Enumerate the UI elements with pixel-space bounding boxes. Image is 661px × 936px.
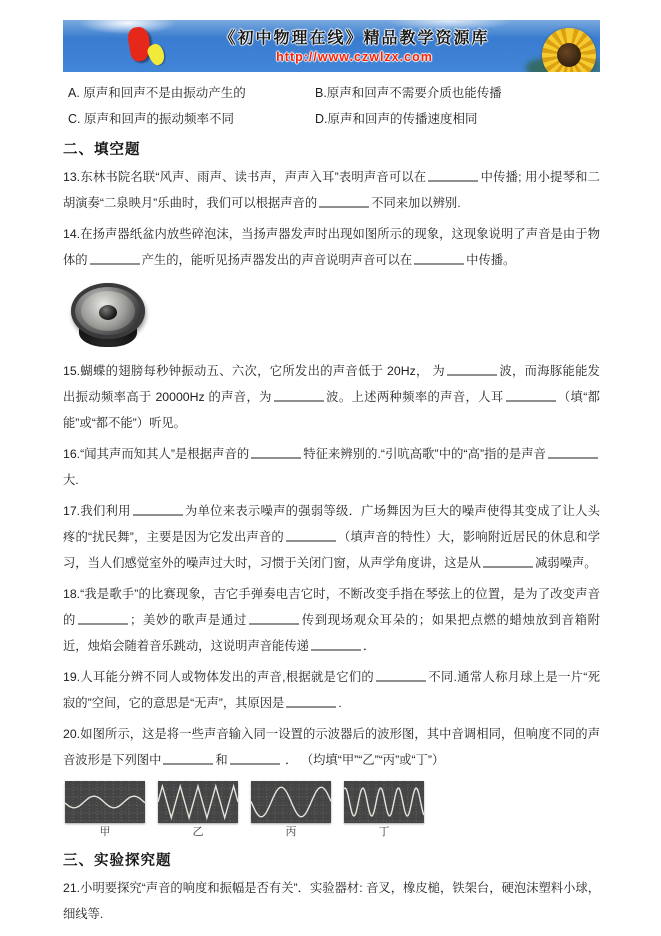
question-text: 我们利用为单位来表示噪声的强弱等级．广场舞因为巨大的噪声使得其变成了让人头疼的“… <box>63 504 600 570</box>
oscilloscope-screen <box>158 781 238 823</box>
answer-blank <box>133 514 183 516</box>
site-banner: 《初中物理在线》精品教学资源库 http://www.czwlzx.com <box>63 20 600 72</box>
question-text: “我是歌手”的比赛现象，吉它手弹奏电吉它时，不断改变手指在琴弦上的位置，是为了改… <box>63 587 600 653</box>
answer-blank <box>548 457 598 459</box>
section-heading-experiment: 三、实验探究题 <box>63 849 600 870</box>
answer-blank <box>90 263 140 265</box>
question-13: 13.东林书院名联“风声、雨声、读书声，声声入耳”表明声音可以在中传播; 用小提… <box>63 164 600 216</box>
question-number: 13. <box>63 170 80 184</box>
question-number: 17. <box>63 504 80 518</box>
question-19: 19.人耳能分辨不同人或物体发出的声音,根据就是它们的不同.通常人称月球上是一片… <box>63 664 600 716</box>
waveform-label: 丙 <box>251 826 331 838</box>
answer-blank <box>447 374 497 376</box>
answer-blank <box>286 706 336 708</box>
answer-blank <box>78 623 128 625</box>
choice-options: A. 原声和回声不是由振动产生的 B.原声和回声不需要介质也能传播 C. 原声和… <box>63 85 600 127</box>
question-number: 18. <box>63 587 80 601</box>
waveform-乙: 乙 <box>158 781 238 838</box>
answer-blank <box>414 263 464 265</box>
question-text: 东林书院名联“风声、雨声、读书声，声声入耳”表明声音可以在中传播; 用小提琴和二… <box>63 170 600 210</box>
worksheet-page: 《初中物理在线》精品教学资源库 http://www.czwlzx.com A.… <box>0 0 661 936</box>
question-number: 20. <box>63 727 80 741</box>
oscilloscope-screen <box>65 781 145 823</box>
question-14: 14.在扬声器纸盆内放些碎泡沫，当扬声器发声时出现如图所示的现象，这现象说明了声… <box>63 221 600 273</box>
answer-blank <box>249 623 299 625</box>
question-number: 14. <box>63 227 80 241</box>
answer-blank <box>230 763 280 765</box>
answer-blank <box>428 180 478 182</box>
choice-d: D.原声和回声的传播速度相同 <box>315 111 600 127</box>
answer-blank <box>376 680 426 682</box>
question-21: 21.小明要探究“声音的响度和振幅是否有关”．实验器材: 音叉，橡皮槌，铁架台，… <box>63 875 600 927</box>
banner-text: 《初中物理在线》精品教学资源库 http://www.czwlzx.com <box>63 25 600 64</box>
waveform-甲: 甲 <box>65 781 145 838</box>
banner-url: http://www.czwlzx.com <box>109 50 600 64</box>
waveform-丙: 丙 <box>251 781 331 838</box>
question-15: 15.蝴蝶的翅膀每秒钟振动五、六次，它所发出的声音低于 20Hz， 为波，而海豚… <box>63 358 600 436</box>
question-text: 人耳能分辨不同人或物体发出的声音,根据就是它们的不同.通常人称月球上是一片“死寂… <box>63 670 600 710</box>
choice-a: A. 原声和回声不是由振动产生的 <box>68 85 315 101</box>
question-number: 21. <box>63 881 80 895</box>
question-text: “闻其声而知其人”是根据声音的特征来辨别的.“引吭高歌”中的“高”指的是声音大. <box>63 447 600 487</box>
answer-blank <box>319 206 369 208</box>
answer-blank <box>286 540 336 542</box>
question-16: 16.“闻其声而知其人”是根据声音的特征来辨别的.“引吭高歌”中的“高”指的是声… <box>63 441 600 493</box>
oscilloscope-screen <box>344 781 424 823</box>
question-number: 19. <box>63 670 80 684</box>
answer-blank <box>311 649 361 651</box>
question-number: 15. <box>63 364 80 378</box>
question-number: 16. <box>63 447 80 461</box>
question-20: 20.如图所示，这是将一些声音输入同一设置的示波器后的波形图，其中音调相同，但响… <box>63 721 600 773</box>
waveform-row: 甲乙丙丁 <box>65 781 600 838</box>
question-text: 蝴蝶的翅膀每秒钟振动五、六次，它所发出的声音低于 20Hz， 为波，而海豚能能发… <box>63 364 600 430</box>
section-heading-fill: 二、填空题 <box>63 138 600 159</box>
oscilloscope-screen <box>251 781 331 823</box>
waveform-丁: 丁 <box>344 781 424 838</box>
question-text: 在扬声器纸盆内放些碎泡沫，当扬声器发声时出现如图所示的现象，这现象说明了声音是由… <box>63 227 600 267</box>
question-text: 如图所示，这是将一些声音输入同一设置的示波器后的波形图，其中音调相同，但响度不同… <box>63 727 600 767</box>
waveform-label: 丁 <box>344 826 424 838</box>
choice-b: B.原声和回声不需要介质也能传播 <box>315 85 600 101</box>
question-text: 小明要探究“声音的响度和振幅是否有关”．实验器材: 音叉，橡皮槌，铁架台，硬泡沫… <box>63 881 600 921</box>
waveform-label: 甲 <box>65 826 145 838</box>
speaker-dust-cap <box>99 305 117 320</box>
waveform-label: 乙 <box>158 826 238 838</box>
question-18: 18.“我是歌手”的比赛现象，吉它手弹奏电吉它时，不断改变手指在琴弦上的位置，是… <box>63 581 600 659</box>
banner-title: 《初中物理在线》精品教学资源库 <box>109 25 600 48</box>
loudspeaker-photo <box>69 281 147 353</box>
choice-c: C. 原声和回声的振动频率不同 <box>68 111 315 127</box>
answer-blank <box>163 763 213 765</box>
answer-blank <box>483 566 533 568</box>
answer-blank <box>506 400 556 402</box>
answer-blank <box>251 457 301 459</box>
question-17: 17.我们利用为单位来表示噪声的强弱等级．广场舞因为巨大的噪声使得其变成了让人头… <box>63 498 600 576</box>
sunflower-center <box>557 43 581 67</box>
answer-blank <box>274 400 324 402</box>
